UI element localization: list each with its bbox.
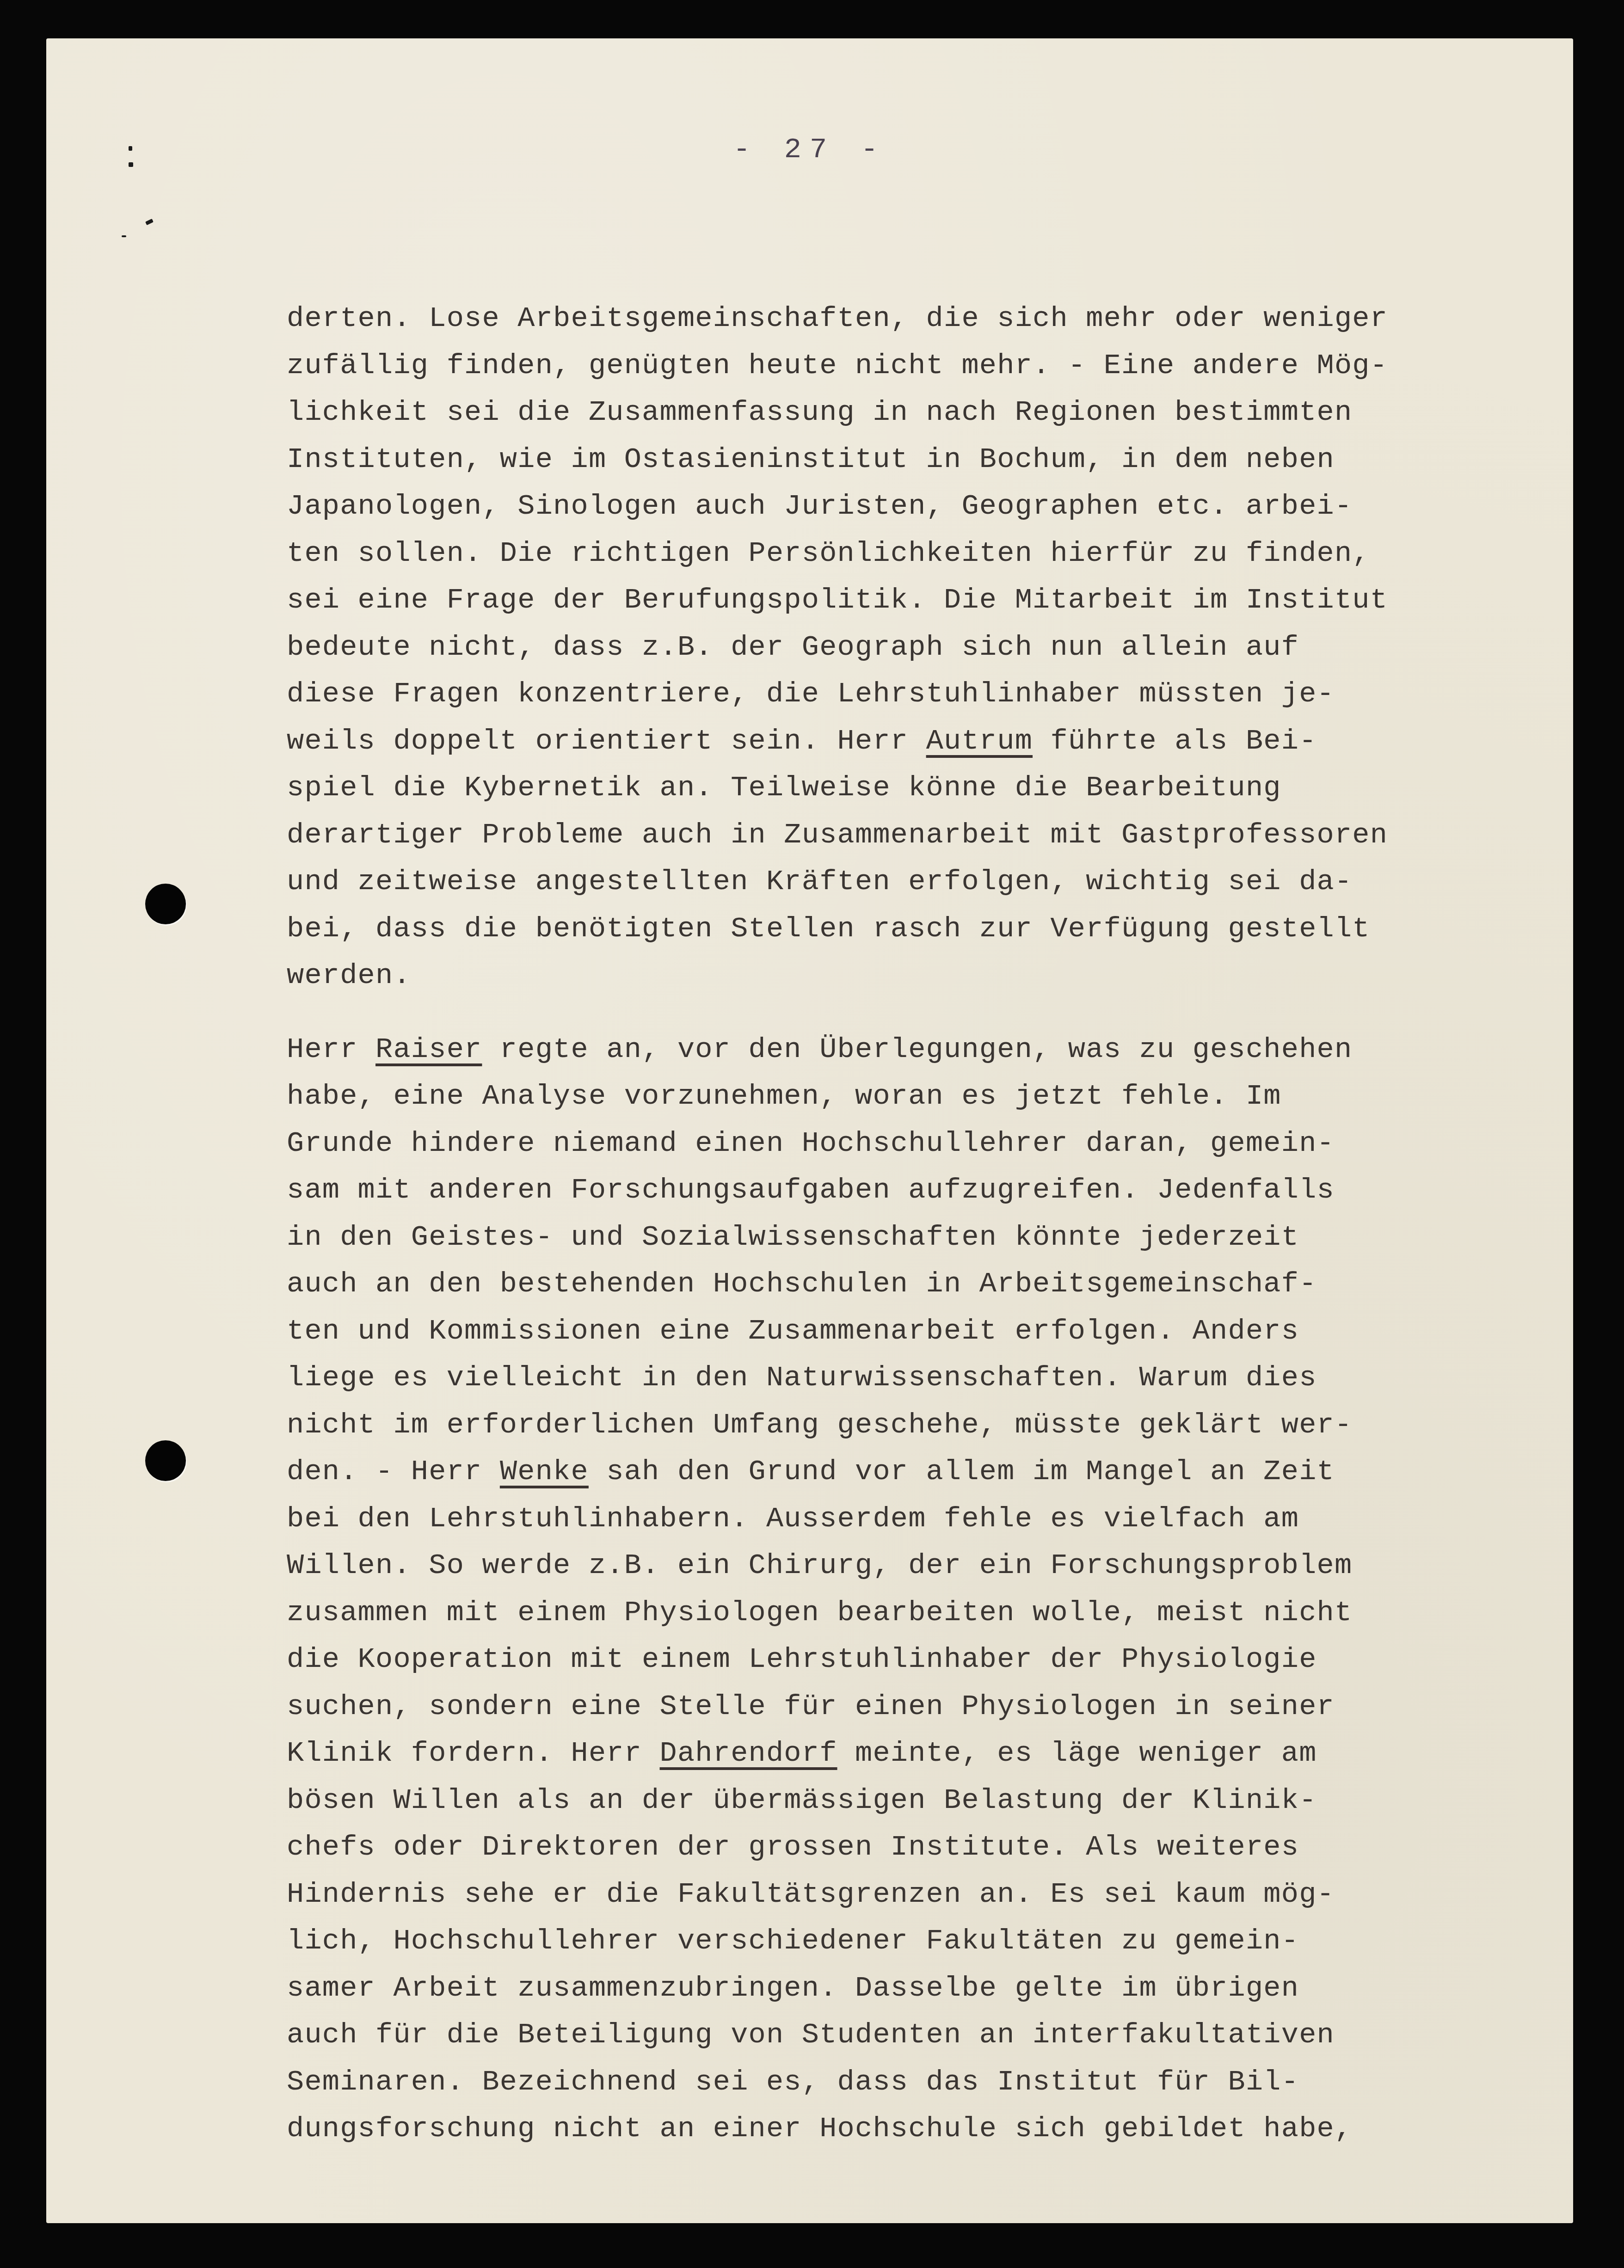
text-segment: den. - Herr (287, 1455, 500, 1488)
text-line: suchen, sondern eine Stelle für einen Ph… (287, 1683, 1572, 1730)
text-segment: lich, Hochschullehrer verschiedener Faku… (287, 1924, 1299, 1957)
text-line: Seminaren. Bezeichnend sei es, dass das … (287, 2059, 1572, 2106)
text-segment: auch an den bestehenden Hochschulen in A… (287, 1267, 1317, 1300)
text-line: Japanologen, Sinologen auch Juristen, Ge… (287, 483, 1572, 530)
text-segment: in den Geistes- und Sozialwissenschaften… (287, 1221, 1299, 1254)
punch-hole (145, 884, 186, 924)
page-number: - 27 - (46, 133, 1573, 166)
text-line: ten sollen. Die richtigen Persönlichkeit… (287, 530, 1572, 577)
text-line: dungsforschung nicht an einer Hochschule… (287, 2105, 1572, 2152)
text-line: sei eine Frage der Berufungspolitik. Die… (287, 577, 1572, 624)
paragraph: Herr Raiser regte an, vor den Überlegung… (287, 1026, 1572, 2152)
text-segment: nicht im erforderlichen Umfang geschehe,… (287, 1408, 1352, 1441)
text-segment: bösen Willen als an der übermässigen Bel… (287, 1784, 1317, 1817)
text-segment: derartiger Probleme auch in Zusammenarbe… (287, 818, 1388, 851)
text-line: bei den Lehrstuhlinhabern. Ausserdem feh… (287, 1495, 1572, 1543)
text-line: in den Geistes- und Sozialwissenschaften… (287, 1214, 1572, 1261)
text-line: weils doppelt orientiert sein. Herr Autr… (287, 718, 1572, 765)
text-line: Herr Raiser regte an, vor den Überlegung… (287, 1026, 1572, 1073)
text-segment: lichkeit sei die Zusammenfassung in nach… (287, 396, 1352, 429)
text-segment: regte an, vor den Überlegungen, was zu g… (482, 1033, 1352, 1066)
text-line: Hindernis sehe er die Fakultätsgrenzen a… (287, 1871, 1572, 1918)
text-segment: Instituten, wie im Ostasieninstitut in B… (287, 443, 1335, 476)
text-line: Instituten, wie im Ostasieninstitut in B… (287, 436, 1572, 483)
text-segment: habe, eine Analyse vorzunehmen, woran es… (287, 1080, 1281, 1112)
text-segment: sam mit anderen Forschungsaufgaben aufzu… (287, 1174, 1335, 1206)
text-segment: auch für die Beteiligung von Studenten a… (287, 2018, 1335, 2051)
text-segment: Japanologen, Sinologen auch Juristen, Ge… (287, 490, 1352, 522)
text-segment: liege es vielleicht in den Naturwissensc… (287, 1361, 1317, 1394)
text-line: auch an den bestehenden Hochschulen in A… (287, 1260, 1572, 1308)
text-line: und zeitweise angestellten Kräften erfol… (287, 858, 1572, 905)
text-segment: spiel die Kybernetik an. Teilweise könne… (287, 771, 1281, 804)
paragraph-gap (287, 999, 1572, 1026)
text-segment: werden. (287, 959, 411, 992)
text-line: ten und Kommissionen eine Zusammenarbeit… (287, 1308, 1572, 1355)
staple-mark (145, 219, 154, 225)
text-line: Willen. So werde z.B. ein Chirurg, der e… (287, 1542, 1572, 1589)
text-segment: ten und Kommissionen eine Zusammenarbeit… (287, 1315, 1299, 1347)
body-text: derten. Lose Arbeitsgemeinschaften, die … (287, 295, 1572, 2152)
text-segment: die Kooperation mit einem Lehrstuhlinhab… (287, 1643, 1317, 1676)
text-segment: sei eine Frage der Berufungspolitik. Die… (287, 584, 1388, 616)
text-line: die Kooperation mit einem Lehrstuhlinhab… (287, 1636, 1572, 1683)
text-segment: bei den Lehrstuhlinhabern. Ausserdem feh… (287, 1502, 1299, 1535)
underlined-name: Raiser (375, 1033, 482, 1066)
text-line: lich, Hochschullehrer verschiedener Faku… (287, 1918, 1572, 1965)
text-segment: bei, dass die benötigten Stellen rasch z… (287, 912, 1370, 945)
text-segment: Willen. So werde z.B. ein Chirurg, der e… (287, 1549, 1352, 1582)
text-segment: und zeitweise angestellten Kräften erfol… (287, 865, 1352, 898)
document-page: - 27 - derten. Lose Arbeitsgemeinschafte… (46, 38, 1573, 2223)
text-line: derten. Lose Arbeitsgemeinschaften, die … (287, 295, 1572, 342)
punch-hole (145, 1440, 186, 1481)
text-segment: weils doppelt orientiert sein. Herr (287, 725, 926, 757)
text-segment: sah den Grund vor allem im Mangel an Zei… (589, 1455, 1335, 1488)
text-line: bedeute nicht, dass z.B. der Geograph si… (287, 624, 1572, 671)
underlined-name: Wenke (500, 1455, 589, 1488)
text-segment: Hindernis sehe er die Fakultätsgrenzen a… (287, 1878, 1335, 1911)
text-segment: diese Fragen konzentriere, die Lehrstuhl… (287, 677, 1335, 710)
text-line: sam mit anderen Forschungsaufgaben aufzu… (287, 1167, 1572, 1214)
text-segment: suchen, sondern eine Stelle für einen Ph… (287, 1690, 1335, 1723)
staple-mark (122, 235, 126, 237)
text-segment: dungsforschung nicht an einer Hochschule… (287, 2112, 1352, 2145)
text-line: habe, eine Analyse vorzunehmen, woran es… (287, 1073, 1572, 1120)
text-line: derartiger Probleme auch in Zusammenarbe… (287, 811, 1572, 859)
text-line: Klinik fordern. Herr Dahrendorf meinte, … (287, 1730, 1572, 1777)
underlined-name: Dahrendorf (660, 1737, 837, 1770)
text-line: nicht im erforderlichen Umfang geschehe,… (287, 1401, 1572, 1449)
paragraph: derten. Lose Arbeitsgemeinschaften, die … (287, 295, 1572, 999)
text-line: diese Fragen konzentriere, die Lehrstuhl… (287, 670, 1572, 718)
text-line: liege es vielleicht in den Naturwissensc… (287, 1354, 1572, 1401)
text-line: den. - Herr Wenke sah den Grund vor alle… (287, 1448, 1572, 1495)
text-segment: Seminaren. Bezeichnend sei es, dass das … (287, 2065, 1299, 2098)
text-segment: derten. Lose Arbeitsgemeinschaften, die … (287, 302, 1388, 335)
text-line: Grunde hindere niemand einen Hochschulle… (287, 1120, 1572, 1167)
text-line: spiel die Kybernetik an. Teilweise könne… (287, 764, 1572, 811)
text-segment: ten sollen. Die richtigen Persönlichkeit… (287, 537, 1370, 570)
text-line: bei, dass die benötigten Stellen rasch z… (287, 905, 1572, 953)
text-segment: Grunde hindere niemand einen Hochschulle… (287, 1127, 1335, 1160)
text-line: werden. (287, 952, 1572, 999)
text-line: samer Arbeit zusammenzubringen. Dasselbe… (287, 1965, 1572, 2012)
text-segment: samer Arbeit zusammenzubringen. Dasselbe… (287, 1972, 1299, 2004)
text-line: auch für die Beteiligung von Studenten a… (287, 2011, 1572, 2059)
text-line: bösen Willen als an der übermässigen Bel… (287, 1777, 1572, 1824)
text-segment: Klinik fordern. Herr (287, 1737, 660, 1770)
text-line: lichkeit sei die Zusammenfassung in nach… (287, 389, 1572, 436)
text-segment: bedeute nicht, dass z.B. der Geograph si… (287, 631, 1299, 664)
text-line: zusammen mit einem Physiologen bearbeite… (287, 1589, 1572, 1636)
text-segment: zusammen mit einem Physiologen bearbeite… (287, 1596, 1352, 1629)
text-segment: führte als Bei- (1033, 725, 1317, 757)
text-segment: Herr (287, 1033, 375, 1066)
text-segment: meinte, es läge weniger am (837, 1737, 1317, 1770)
text-segment: zufällig finden, genügten heute nicht me… (287, 349, 1388, 382)
text-line: zufällig finden, genügten heute nicht me… (287, 342, 1572, 389)
text-segment: chefs oder Direktoren der grossen Instit… (287, 1831, 1299, 1863)
text-line: chefs oder Direktoren der grossen Instit… (287, 1824, 1572, 1871)
underlined-name: Autrum (926, 725, 1033, 757)
